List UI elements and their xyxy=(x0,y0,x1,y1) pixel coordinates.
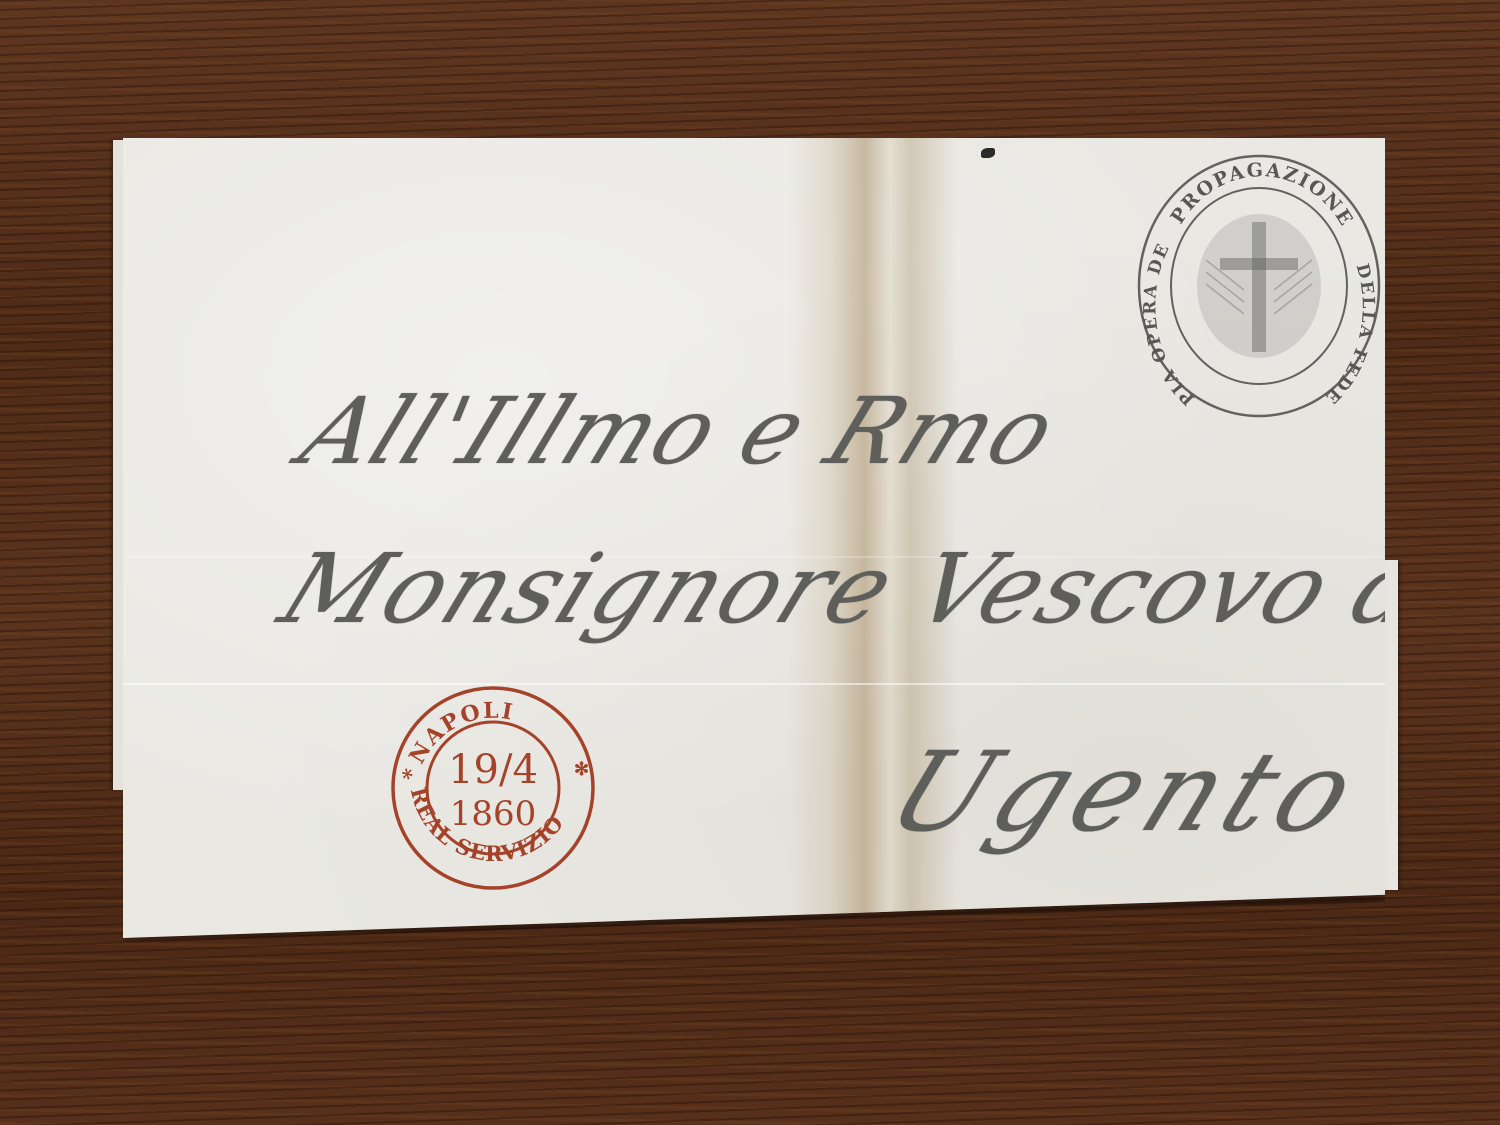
address-line-1: All'Illmo e Rmo xyxy=(286,378,1072,485)
postmark-date: 19/4 xyxy=(448,747,538,793)
propagazione-fede-seal: PROPAGAZIONE PIA OPERA DELLA DELLA FEDE xyxy=(1128,140,1390,426)
postmark-year: 1860 xyxy=(450,794,537,834)
wood-background: All'Illmo e Rmo Monsignore Vescovo di Ug… xyxy=(0,0,1500,1125)
cross-emblem-icon xyxy=(1197,214,1321,358)
address-line-3: Ugento xyxy=(872,728,1381,856)
ink-blot xyxy=(981,148,995,158)
address-line-2: Monsignore Vescovo di xyxy=(265,533,1477,645)
postmark-ornament-icon: ✻ xyxy=(574,759,589,780)
letter-sheet: All'Illmo e Rmo Monsignore Vescovo di Ug… xyxy=(123,138,1385,938)
horizontal-fold-line xyxy=(123,683,1385,685)
napoli-postmark: *NAPOLI REAL SERVIZIO 19/4 1860 ✻ xyxy=(388,683,598,893)
seal-right-text: DELLA FEDE xyxy=(1320,262,1378,409)
